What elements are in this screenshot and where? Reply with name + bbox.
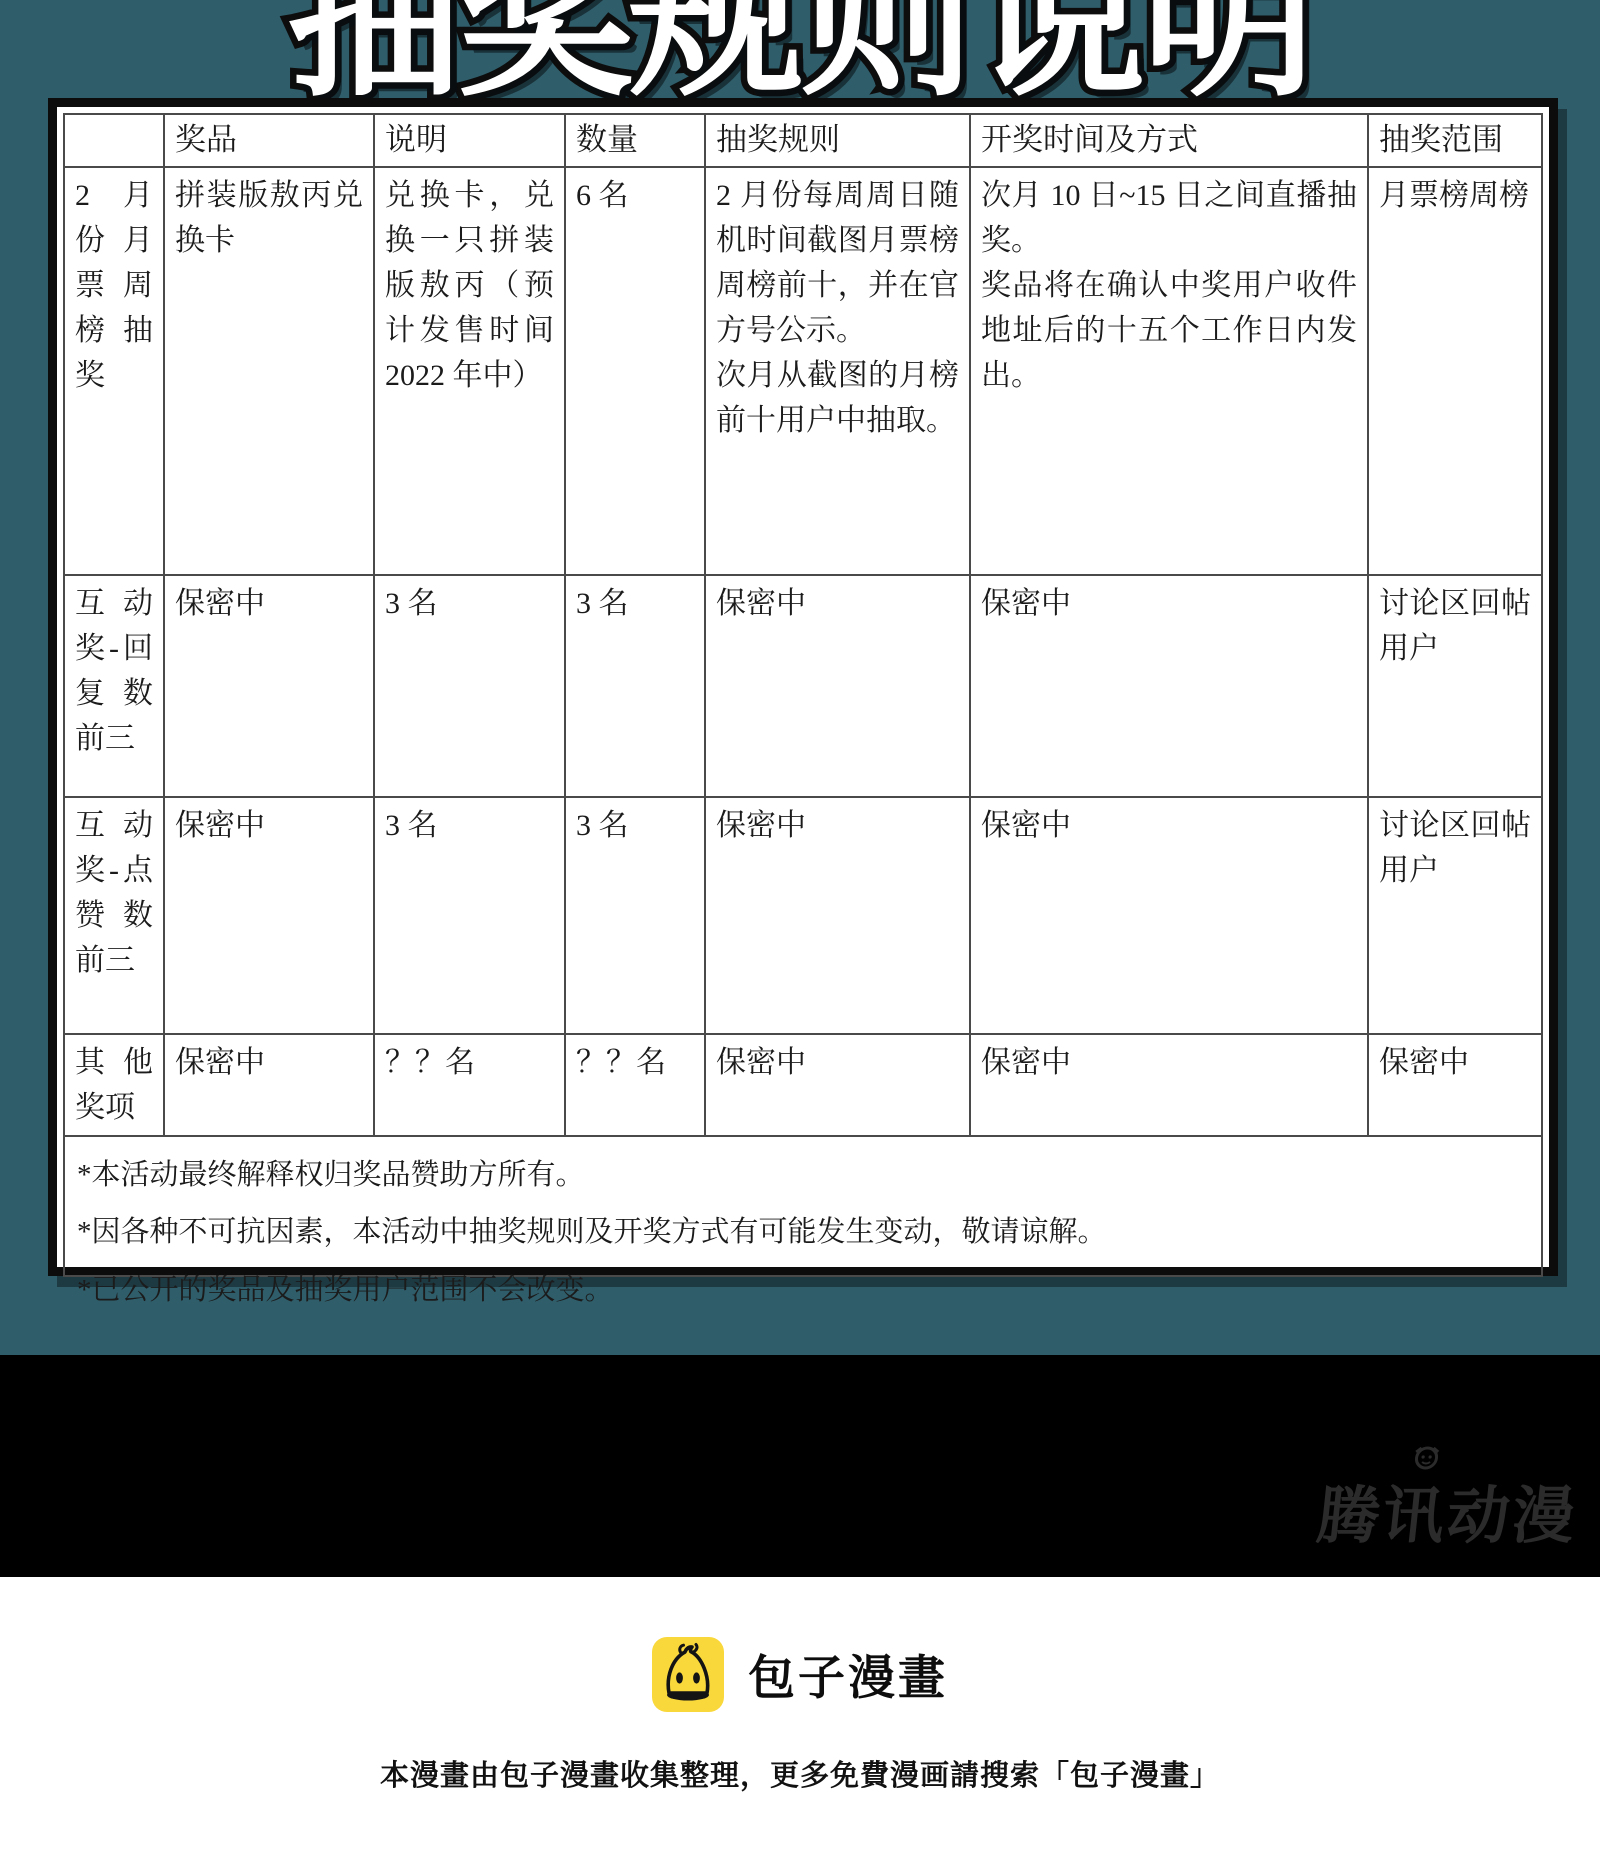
- row2-rule: 保密中: [705, 575, 970, 797]
- tencent-mascot-face-icon: [1408, 1442, 1445, 1470]
- row1-qty: 6 名: [565, 167, 705, 575]
- row4-prize: 保密中: [164, 1034, 374, 1136]
- footnote-3: *已公开的奖品及抽奖用户范围不会改变。: [77, 1268, 1529, 1313]
- black-band: 腾讯动漫: [0, 1355, 1600, 1577]
- header-blank: [64, 114, 164, 167]
- row2-time: 保密中: [970, 575, 1368, 797]
- row1-desc: 兑换卡，兑换一只拼装版敖丙（预计发售时间 2022 年中）: [374, 167, 565, 575]
- row1-rule: 2 月份每周周日随机时间截图月票榜周榜前十，并在官方号公示。 次月从截图的月榜前…: [705, 167, 970, 575]
- footer-note: 本漫畫由包子漫畫收集整理，更多免費漫画請搜索「包子漫畫」: [0, 1753, 1600, 1794]
- row4-time: 保密中: [970, 1034, 1368, 1136]
- row3-scope: 讨论区回帖用户: [1368, 797, 1542, 1034]
- lottery-rules-table: 奖品 说明 数量 抽奖规则 开奖时间及方式 抽奖范围 2 月份月票周榜抽奖 拼装…: [63, 113, 1543, 1137]
- row1-rule-p2: 次月从截图的月榜前十用户中抽取。: [716, 353, 959, 443]
- baozi-bun-icon: [652, 1637, 724, 1712]
- row1-label: 2 月份月票周榜抽奖: [64, 167, 164, 575]
- footnote-2: *因各种不可抗因素，本活动中抽奖规则及开奖方式有可能发生变动，敬请谅解。: [77, 1210, 1529, 1255]
- header-desc: 说明: [374, 114, 565, 167]
- table-row: 互动奖-点赞数前三 保密中 3 名 3 名 保密中 保密中 讨论区回帖用户: [64, 797, 1542, 1034]
- row3-desc: 3 名: [374, 797, 565, 1034]
- row3-rule: 保密中: [705, 797, 970, 1034]
- row3-qty: 3 名: [565, 797, 705, 1034]
- row3-label: 互动奖-点赞数前三: [64, 797, 164, 1034]
- row2-scope: 讨论区回帖用户: [1368, 575, 1542, 797]
- table-row: 2 月份月票周榜抽奖 拼装版敖丙兑换卡 兑换卡，兑换一只拼装版敖丙（预计发售时间…: [64, 167, 1542, 575]
- row1-time-p1: 次月 10 日~15 日之间直播抽奖。: [981, 173, 1357, 263]
- row2-prize: 保密中: [164, 575, 374, 797]
- comic-page: 抽奖规则说明 奖品 说明 数量 抽奖规则 开奖时间及方式 抽奖范围 2 月份月票…: [0, 0, 1600, 1855]
- table-row: 互动奖-回复数前三 保密中 3 名 3 名 保密中 保密中 讨论区回帖用户: [64, 575, 1542, 797]
- row4-qty: ？？名: [565, 1034, 705, 1136]
- page-title: 抽奖规则说明: [0, 0, 1600, 107]
- header-qty: 数量: [565, 114, 705, 167]
- row2-desc: 3 名: [374, 575, 565, 797]
- table-header-row: 奖品 说明 数量 抽奖规则 开奖时间及方式 抽奖范围: [64, 114, 1542, 167]
- row3-prize: 保密中: [164, 797, 374, 1034]
- header-prize: 奖品: [164, 114, 374, 167]
- brand-name: 包子漫畫: [748, 1641, 948, 1708]
- row4-desc: ？？名: [374, 1034, 565, 1136]
- row2-qty: 3 名: [565, 575, 705, 797]
- table-row: 其他奖项 保密中 ？？名 ？？名 保密中 保密中 保密中: [64, 1034, 1542, 1136]
- header-time: 开奖时间及方式: [970, 114, 1368, 167]
- row4-scope: 保密中: [1368, 1034, 1542, 1136]
- footnote-1: *本活动最终解释权归奖品赞助方所有。: [77, 1153, 1529, 1198]
- row3-time: 保密中: [970, 797, 1368, 1034]
- row4-label: 其他奖项: [64, 1034, 164, 1136]
- tencent-logo-text: 腾讯动漫: [1314, 1482, 1581, 1551]
- footer: 包子漫畫 本漫畫由包子漫畫收集整理，更多免費漫画請搜索「包子漫畫」: [0, 1577, 1600, 1855]
- header-scope: 抽奖范围: [1368, 114, 1542, 167]
- row1-time: 次月 10 日~15 日之间直播抽奖。 奖品将在确认中奖用户收件地址后的十五个工…: [970, 167, 1368, 575]
- tencent-anime-logo: 腾讯动漫: [1313, 1466, 1582, 1555]
- row1-scope: 月票榜周榜: [1368, 167, 1542, 575]
- rules-table-frame: 奖品 说明 数量 抽奖规则 开奖时间及方式 抽奖范围 2 月份月票周榜抽奖 拼装…: [48, 98, 1558, 1276]
- row1-time-p2: 奖品将在确认中奖用户收件地址后的十五个工作日内发出。: [981, 263, 1357, 398]
- row4-rule: 保密中: [705, 1034, 970, 1136]
- header-rule: 抽奖规则: [705, 114, 970, 167]
- row1-rule-p1: 2 月份每周周日随机时间截图月票榜周榜前十，并在官方号公示。: [716, 173, 959, 353]
- table-footnotes: *本活动最终解释权归奖品赞助方所有。 *因各种不可抗因素，本活动中抽奖规则及开奖…: [63, 1137, 1543, 1277]
- row1-prize: 拼装版敖丙兑换卡: [164, 167, 374, 575]
- row2-label: 互动奖-回复数前三: [64, 575, 164, 797]
- brand-row: 包子漫畫: [0, 1637, 1600, 1712]
